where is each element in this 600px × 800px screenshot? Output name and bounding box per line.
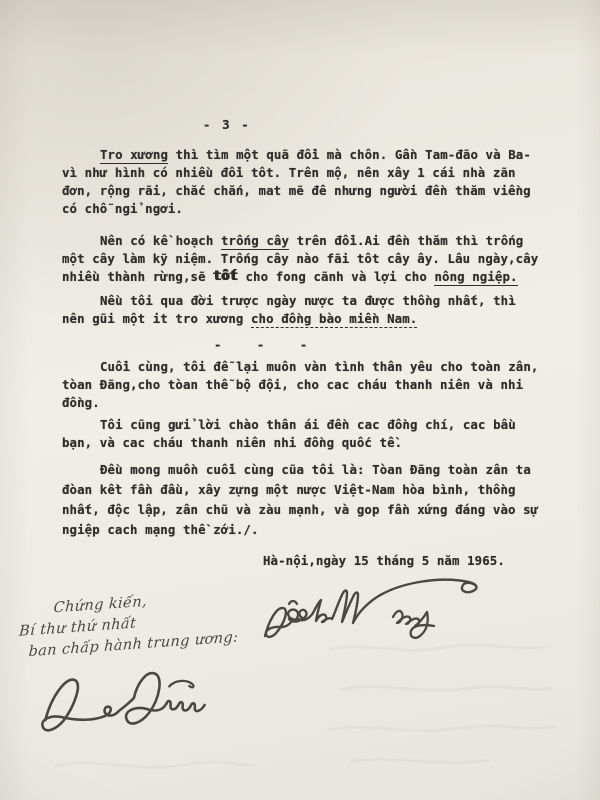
paper-sheet: - 3 - Tro xương thì tìm một quã đồi mà c… (0, 0, 600, 800)
ho-chi-minh-signature (243, 574, 487, 670)
overstruck-word-tot: tốt (213, 268, 238, 284)
paragraph-trong-cay: Nên có kề hoạch trống cây trên đồi.Ai đề… (62, 232, 541, 286)
paragraph-mong-muon-cuoi-cung: Đều mong muồn cuồi cùng cũa tôi là: Tòan… (62, 460, 541, 540)
section-separator: - - - (214, 336, 308, 354)
testament-body: Tro xương thì tìm một quã đồi mà chôn. G… (62, 146, 541, 540)
ink-bleedthrough (50, 748, 260, 788)
underlined-phrase-tro-xuong: Tro xương (100, 147, 168, 164)
paragraph-text: cho fong cãnh và lợi cho (238, 269, 435, 284)
paragraph-loi-chao-toan-dan: Cuồi cùng, tôi đễ lại muôn vàn tình thân… (62, 358, 541, 412)
paragraph-loi-chao-quoc-te: Tôi cũng gưỉ lời chào thân ái đền cac đồ… (62, 416, 541, 452)
paragraph-tro-xuong-mien-nam: Nều tôi qua đời trược ngày nược ta được … (62, 292, 541, 328)
page-number: - 3 - (203, 116, 249, 134)
paragraph-text: Nên có kề hoạch (100, 233, 221, 248)
underlined-phrase-dong-bao-mien-nam: cho đồng bào miền Nam. (251, 311, 417, 328)
paragraph-tro-xuong: Tro xương thì tìm một quã đồi mà chôn. G… (62, 146, 541, 218)
underlined-phrase-nong-ngiep: nông ngiệp. (434, 269, 517, 286)
dateline: Hà-nội,ngày 15 tháng 5 năm 1965. (263, 552, 505, 570)
underlined-phrase-trong-cay: trống cây (221, 233, 289, 250)
le-duan-signature (21, 651, 234, 751)
witness-block: Chứng kiến, Bí thư thứ nhất ban chấp hàn… (11, 583, 281, 756)
